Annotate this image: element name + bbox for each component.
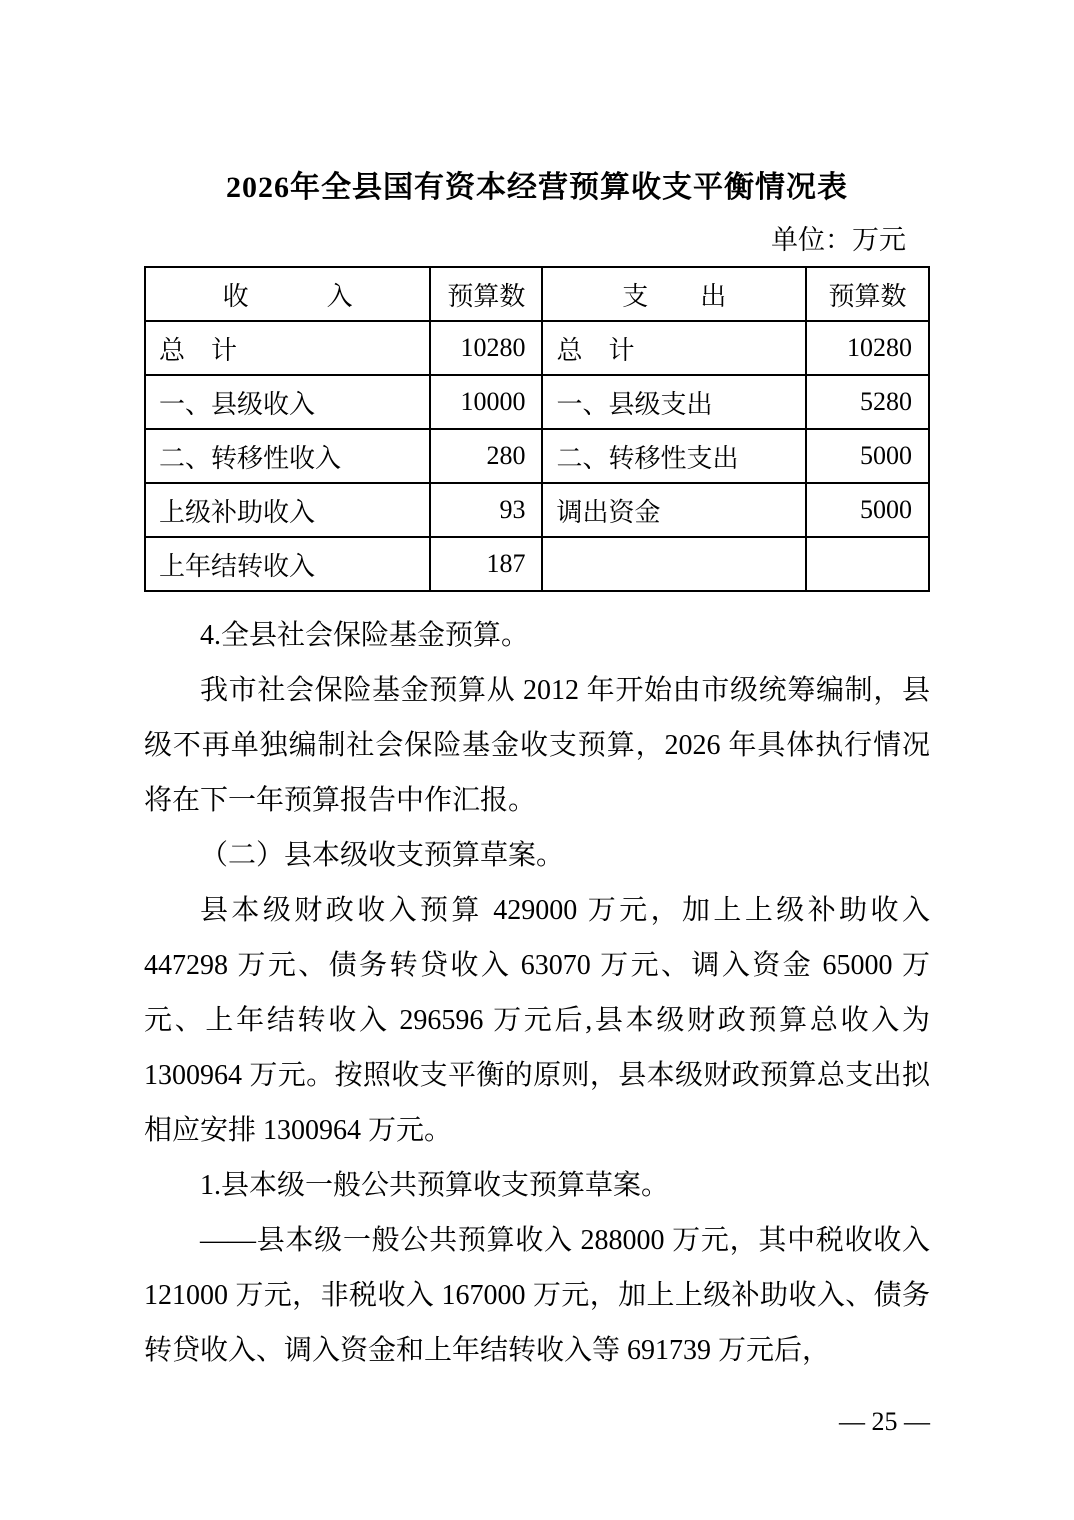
expense-budget-cell: 5280 [806,375,929,429]
expense-item-cell: 二、转移性支出 [542,429,805,483]
expense-item-cell: 总 计 [542,321,805,375]
table-row: 一、县级收入 10000 一、县级支出 5280 [145,375,929,429]
income-item-cell: 二、转移性收入 [145,429,430,483]
income-item-cell: 一、县级收入 [145,375,430,429]
header-income-budget: 预算数 [430,267,542,321]
income-budget-cell: 10280 [430,321,542,375]
header-income: 收 入 [145,267,430,321]
income-budget-cell: 280 [430,429,542,483]
income-item-cell: 上年结转收入 [145,537,430,591]
expense-item-cell [542,537,805,591]
expense-item-cell: 调出资金 [542,483,805,537]
paragraph-county-draft-heading: （二）县本级收支预算草案。 [144,828,930,883]
expense-budget-cell [806,537,929,591]
header-expense: 支 出 [542,267,805,321]
expense-budget-cell: 5000 [806,483,929,537]
budget-balance-table: 收 入 预算数 支 出 预算数 总 计 10280 总 计 10280 一、县级… [144,266,930,592]
table-row: 二、转移性收入 280 二、转移性支出 5000 [145,429,929,483]
expense-item-cell: 一、县级支出 [542,375,805,429]
income-budget-cell: 187 [430,537,542,591]
income-item-cell: 总 计 [145,321,430,375]
paragraph-public-budget-body: ——县本级一般公共预算收入 288000 万元，其中税收收入 121000 万元… [144,1213,930,1378]
table-row: 上年结转收入 187 [145,537,929,591]
expense-budget-cell: 10280 [806,321,929,375]
paragraph-public-budget-heading: 1.县本级一般公共预算收支预算草案。 [144,1158,930,1213]
document-page: 2026年全县国有资本经营预算收支平衡情况表 单位：万元 收 入 预算数 支 出… [0,0,1074,1520]
expense-budget-cell: 5000 [806,429,929,483]
table-row: 上级补助收入 93 调出资金 5000 [145,483,929,537]
table-row: 总 计 10280 总 计 10280 [145,321,929,375]
income-budget-cell: 10000 [430,375,542,429]
body-text: 4.全县社会保险基金预算。 我市社会保险基金预算从 2012 年开始由市级统筹编… [144,608,930,1378]
paragraph-county-draft-body: 县本级财政收入预算 429000 万元，加上上级补助收入 447298 万元、债… [144,883,930,1158]
paragraph-social-insurance-heading: 4.全县社会保险基金预算。 [144,608,930,663]
income-budget-cell: 93 [430,483,542,537]
paragraph-social-insurance-body: 我市社会保险基金预算从 2012 年开始由市级统筹编制，县级不再单独编制社会保险… [144,663,930,828]
table-header-row: 收 入 预算数 支 出 预算数 [145,267,929,321]
header-expense-budget: 预算数 [806,267,929,321]
document-content: 2026年全县国有资本经营预算收支平衡情况表 单位：万元 收 入 预算数 支 出… [0,0,1074,1378]
unit-note: 单位：万元 [144,222,930,258]
page-title: 2026年全县国有资本经营预算收支平衡情况表 [144,0,930,208]
income-item-cell: 上级补助收入 [145,483,430,537]
page-number: — 25 — [839,1406,930,1438]
